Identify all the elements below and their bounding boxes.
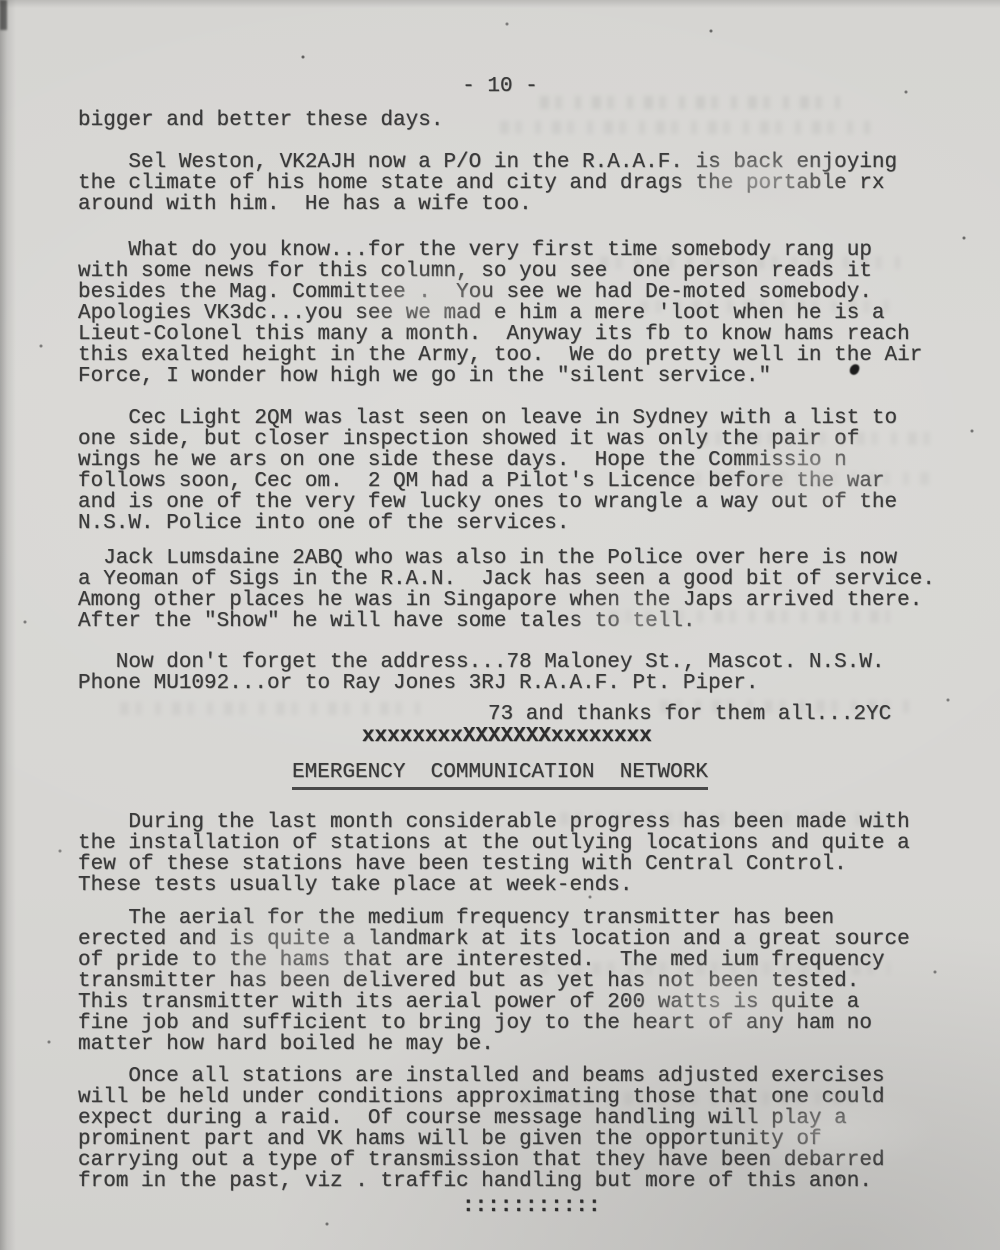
paragraph-sel-weston: Sel Weston, VK2AJH now a P/O in the R.A.…	[78, 152, 897, 215]
sign-off-line: 73 and thanks for them all...2YC	[488, 704, 891, 725]
bleedthrough-smudge	[500, 121, 870, 134]
page-number: - 10 -	[0, 76, 1000, 97]
bleedthrough-smudge	[540, 96, 840, 109]
paragraph-continuation: bigger and better these days.	[78, 110, 443, 131]
typed-x-divider: xxxxxxxxXXXXXXXxxxxxxxx	[362, 726, 652, 747]
paragraph-aerial: The aerial for the medium frequency tran…	[78, 908, 910, 1055]
paragraph-exercises: Once all stations are installed and beam…	[78, 1066, 885, 1192]
scan-corner-mark	[0, 0, 7, 30]
paragraph-what-do-you-know: What do you know...for the very first ti…	[78, 240, 922, 387]
scan-top-edge-shadow	[0, 0, 1000, 8]
paragraph-jack-lumsdaine: Jack Lumsdaine 2ABQ who was also in the …	[78, 548, 935, 632]
bleedthrough-smudge	[120, 702, 420, 715]
scan-left-edge-shadow	[0, 0, 16, 1250]
paragraph-cec-light: Cec Light 2QM was last seen on leave in …	[78, 408, 897, 534]
section-heading: EMERGENCY COMMUNICATION NETWORK	[292, 762, 708, 790]
paragraph-ecn-progress: During the last month considerable progr…	[78, 812, 910, 896]
scanned-newsletter-page: - 10 - bigger and better these days. Sel…	[0, 0, 1000, 1250]
footer-colon-divider: :::::::::::	[462, 1196, 601, 1217]
section-heading-wrap: EMERGENCY COMMUNICATION NETWORK	[0, 762, 1000, 790]
paragraph-address: Now don't forget the address...78 Malone…	[78, 652, 885, 694]
